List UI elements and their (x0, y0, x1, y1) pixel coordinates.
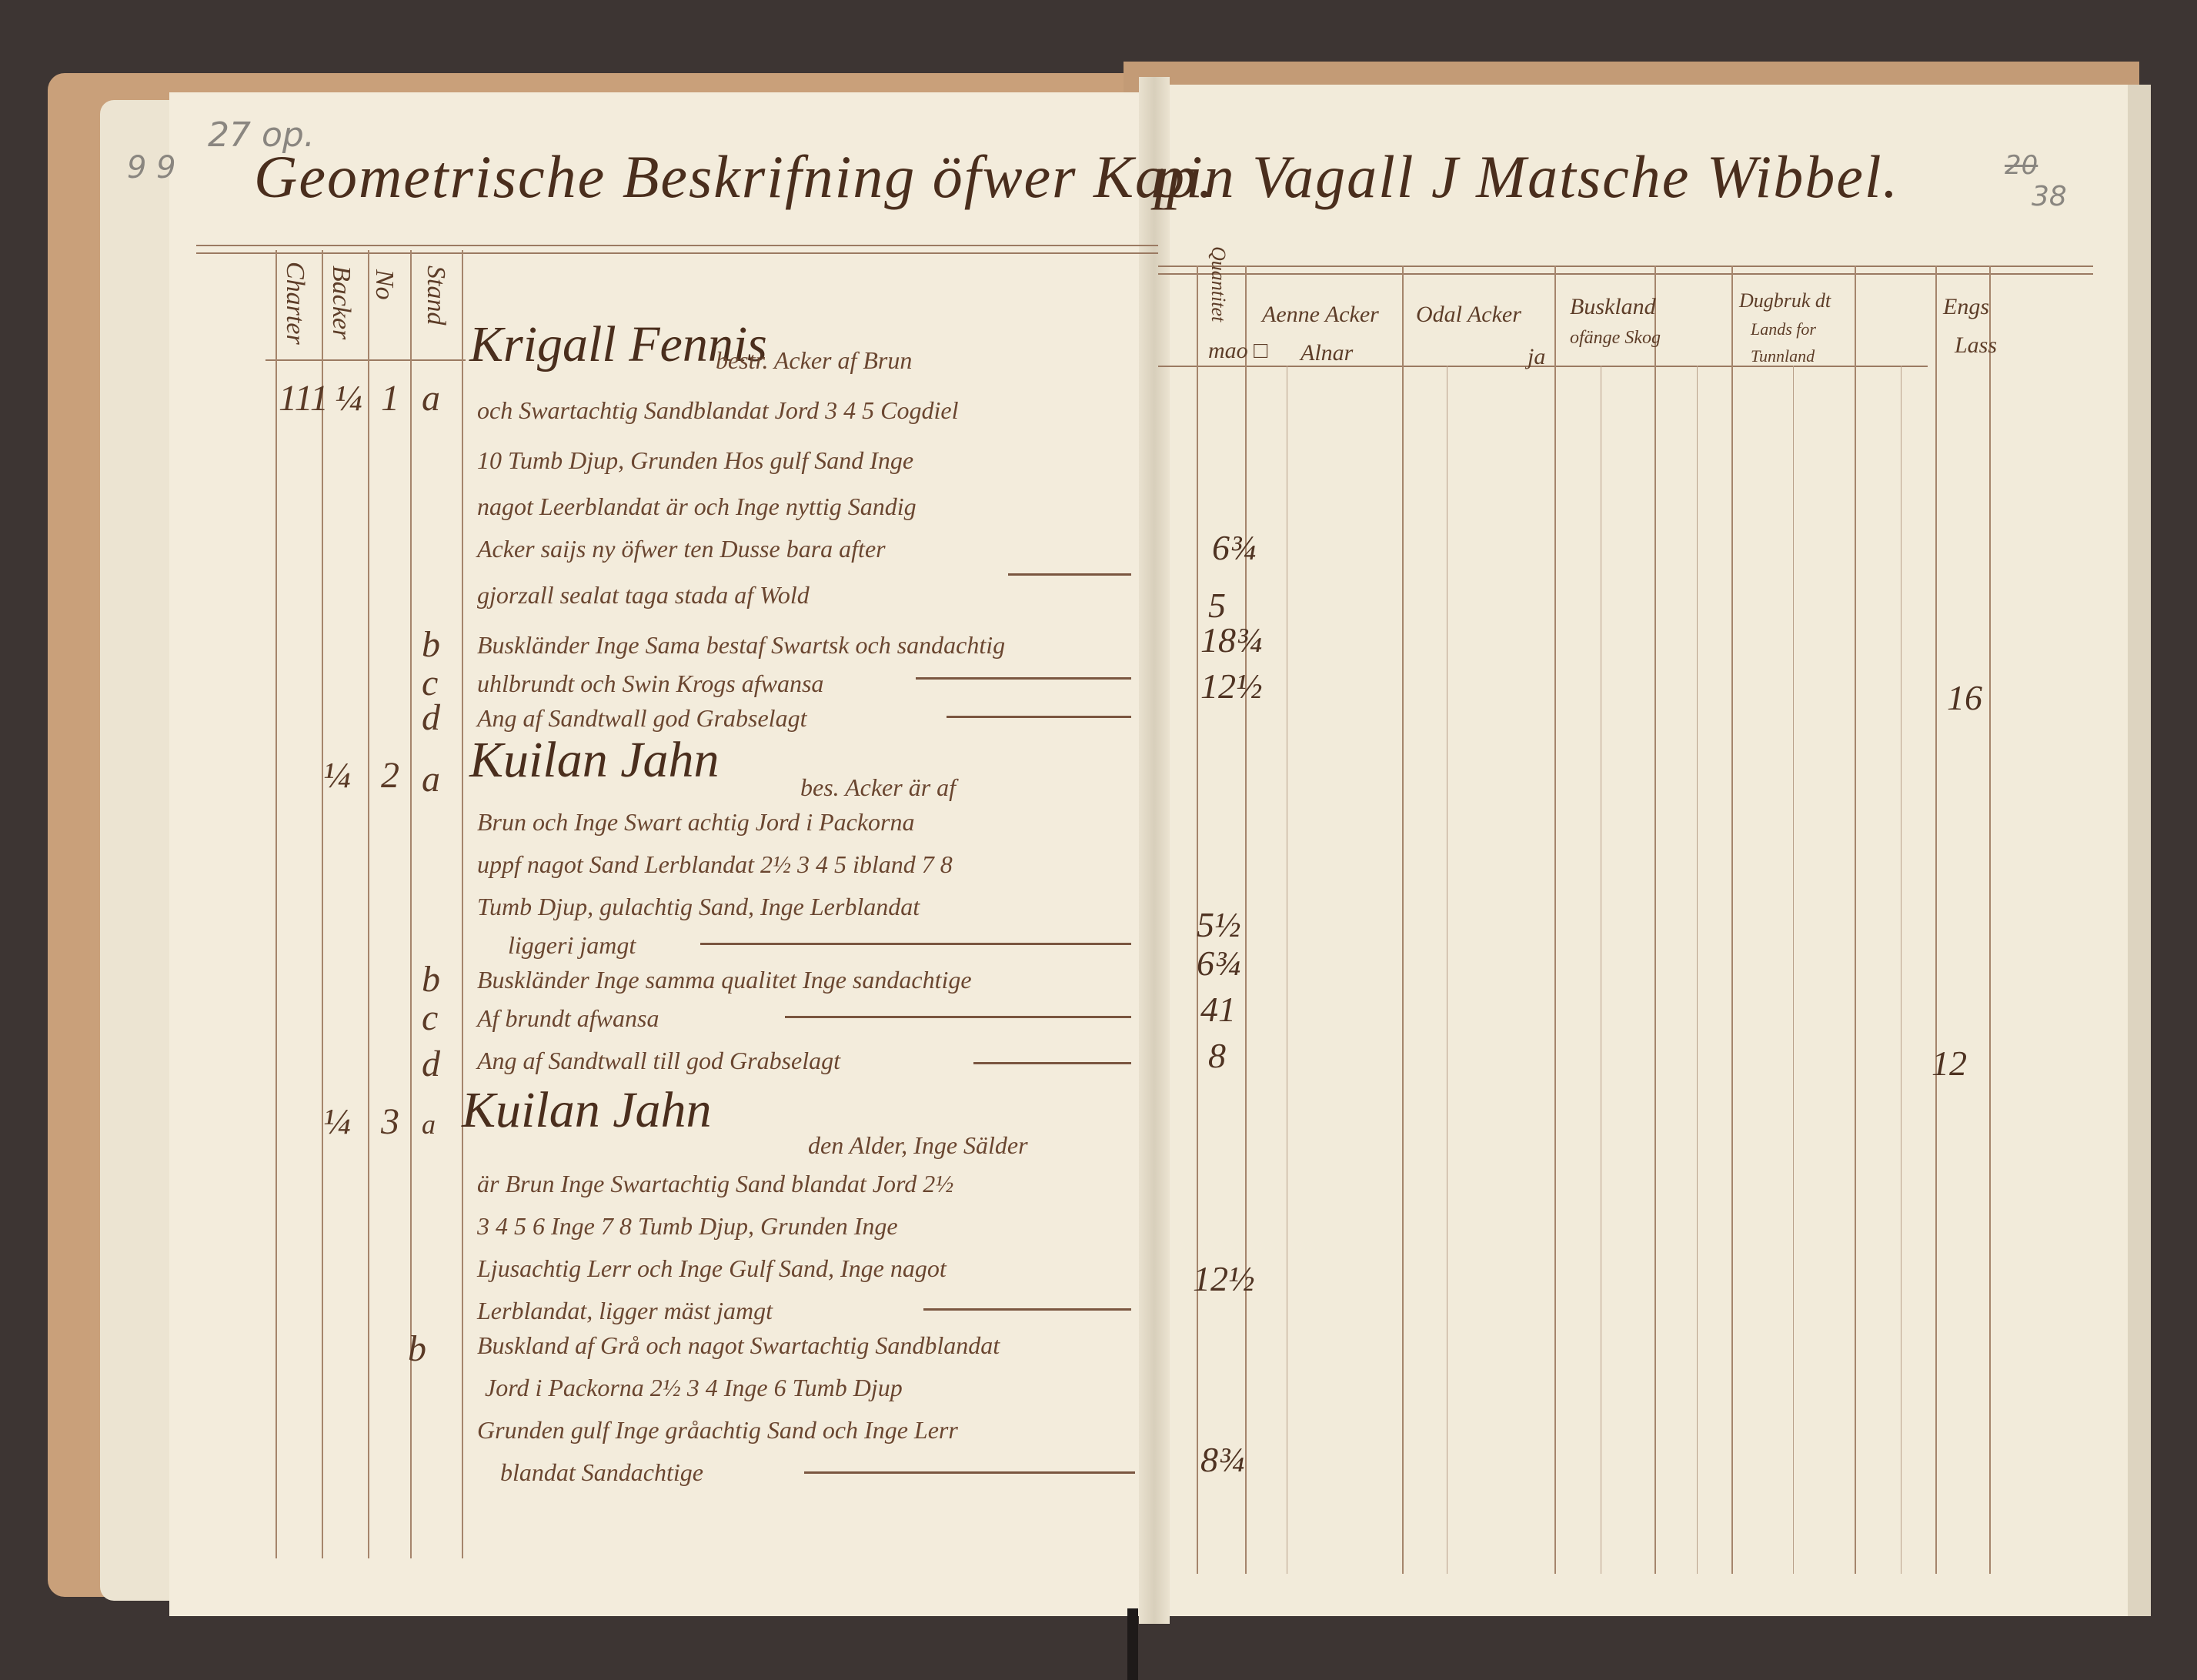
col-rule (1245, 266, 1247, 1574)
entry-name: Kuilan Jahn (469, 731, 720, 790)
col-rule (1855, 266, 1856, 1574)
area-value: 5½ (1197, 904, 1241, 945)
entry-stand: b (422, 958, 440, 1000)
col-rule (1601, 366, 1601, 1574)
entry-text-line: nagot Leerblandat är och Inge nyttig San… (477, 493, 917, 521)
entry-text-line: Ang af Sandtwall god Grabselagt (477, 704, 806, 733)
entry-text-line: Tumb Djup, gulachtig Sand, Inge Lerbland… (477, 893, 920, 921)
fill-dash (947, 716, 1131, 718)
entry-text-line: den Alder, Inge Sälder (808, 1131, 1028, 1160)
entry-charter: 111 (279, 377, 329, 419)
col-rule (368, 250, 369, 1558)
area-value: 18¾ (1200, 620, 1263, 660)
fill-dash (785, 1016, 1131, 1018)
book-spine (1127, 1608, 1138, 1680)
entry-text-line: är Brun Inge Swartachtig Sand blandat Jo… (477, 1170, 953, 1198)
ang-value: 16 (1947, 677, 1982, 718)
fill-dash (916, 677, 1131, 680)
entry-text-line: och Swartachtig Sandblandat Jord 3 4 5 C… (477, 396, 958, 425)
header-rule-top-right-2 (1158, 273, 2093, 275)
area-value: 41 (1200, 989, 1236, 1030)
col-header-odal: Odal Acker (1416, 296, 1521, 333)
entry-text-line: Buskländer Inge samma qualitet Inge sand… (477, 966, 972, 994)
col-rule (1901, 366, 1902, 1574)
fill-dash (973, 1062, 1131, 1064)
entry-backer: ¼ (323, 754, 351, 797)
entry-text-line: Ang af Sandtwall till god Grabselagt (477, 1047, 840, 1075)
area-value: 6¾ (1197, 943, 1241, 984)
col-header-odal-unit: ja (1528, 339, 1545, 376)
col-rule (1554, 266, 1556, 1574)
page-title-left: Geometrische Beskrifning öfwer Kap. (254, 142, 1215, 212)
entry-text-line: Acker saijs ny öfwer ten Dusse bara afte… (477, 535, 886, 563)
entry-text-line: Buskländer Inge Sama bestaf Swartsk och … (477, 631, 1005, 660)
col-rule (1731, 266, 1733, 1574)
col-rule (1447, 366, 1447, 1574)
header-rule-top-left (196, 245, 1158, 246)
header-rule-bottom-left (265, 359, 466, 361)
col-header-area-unit: mao □ (1208, 332, 1267, 369)
header-rule-top-right (1158, 266, 2093, 267)
col-header-aker-unit: Alnar (1301, 335, 1353, 372)
entry-text-line: bes. Acker är af (800, 773, 956, 802)
entry-text-line: Grunden gulf Inge gråachtig Sand och Ing… (477, 1416, 958, 1445)
entry-text-line: Lerblandat, ligger mäst jamgt (477, 1297, 773, 1325)
entry-text-line: 3 4 5 6 Inge 7 8 Tumb Djup, Grunden Inge (477, 1212, 898, 1241)
entry-no: 2 (381, 754, 399, 797)
entry-text-line: Buskland af Grå och nagot Swartachtig Sa… (477, 1331, 1000, 1360)
col-rule (275, 250, 277, 1558)
col-header-stand: Stand (421, 266, 450, 325)
col-header-charter: Charter (280, 262, 309, 345)
area-value: 12½ (1193, 1258, 1255, 1299)
entry-stand: a (422, 1108, 436, 1141)
col-header-backer: Backer (326, 266, 356, 339)
col-header-hagmark-sub: Lands for Tunnland (1751, 316, 1866, 369)
entry-text-line: 10 Tumb Djup, Grunden Hos gulf Sand Inge (477, 446, 913, 475)
entry-text-line: Af brundt afwansa (477, 1004, 659, 1033)
col-rule (462, 250, 463, 1558)
book-gutter (1139, 77, 1170, 1624)
entry-no: 3 (381, 1101, 399, 1143)
area-value: 8 (1208, 1035, 1226, 1076)
col-header-buskland-sub: ofänge Skog (1570, 323, 1661, 352)
col-header-no: No (369, 269, 399, 300)
entry-text-line: Brun och Inge Swart achtig Jord i Packor… (477, 808, 915, 837)
entry-text-line: Jord i Packorna 2½ 3 4 Inge 6 Tumb Djup (485, 1374, 903, 1402)
entry-backer: ¼ (323, 1101, 351, 1143)
pencil-folio-crossed: 20 (2005, 150, 2038, 181)
page-title-right: pin Vagall J Matsche Wibbel. (1154, 142, 1899, 212)
entry-stand: b (422, 623, 440, 666)
fill-dash (700, 943, 1131, 945)
fill-dash (804, 1471, 1135, 1474)
entry-backer: ¼ (335, 377, 362, 419)
entry-stand: b (408, 1328, 426, 1370)
ang-value: 12 (1932, 1043, 1967, 1084)
col-rule (1654, 266, 1656, 1574)
entry-stand: a (422, 377, 440, 419)
entry-stand: d (422, 1043, 440, 1085)
header-rule-top-left-2 (196, 252, 1158, 254)
col-rule (1935, 266, 1937, 1574)
col-rule (322, 250, 323, 1558)
col-rule (1989, 266, 1991, 1574)
col-rule (1697, 366, 1698, 1574)
col-header-buskland: Buskland (1570, 289, 1656, 326)
col-header-ang: Engs (1943, 289, 1989, 326)
pencil-folio-right: 38 (2032, 181, 2067, 212)
col-header-aker: Aenne Acker (1262, 296, 1379, 333)
entry-no: 1 (381, 377, 399, 419)
entry-stand: d (422, 696, 440, 739)
col-rule (1793, 366, 1794, 1574)
area-value: 8¾ (1200, 1439, 1245, 1480)
entry-name: Kuilan Jahn (462, 1081, 712, 1140)
pencil-mark-outer: 9 9 (127, 150, 176, 185)
entry-text-line: liggeri jamgt (508, 931, 636, 960)
fill-dash (1008, 573, 1131, 576)
entry-text-line: uppf nagot Sand Lerblandat 2½ 3 4 5 ibla… (477, 850, 953, 879)
entry-text-line: uhlbrundt och Swin Krogs afwansa (477, 670, 823, 698)
entry-text-line: blandat Sandachtige (500, 1458, 703, 1487)
col-rule (1287, 366, 1287, 1574)
entry-text-line: bestr. Acker af Brun (716, 346, 912, 375)
entry-stand: c (422, 997, 438, 1039)
entry-text-line: Ljusachtig Lerr och Inge Gulf Sand, Inge… (477, 1254, 947, 1283)
entry-text-line: gjorzall sealat taga stada af Wold (477, 581, 810, 610)
col-rule (1402, 266, 1404, 1574)
col-header-ang-unit: Lass (1955, 327, 1997, 364)
col-header-hagmark: Dugbruk dt (1739, 285, 1831, 317)
col-header-area: Quantitet (1207, 246, 1230, 322)
fill-dash (923, 1308, 1131, 1311)
entry-stand: a (422, 758, 440, 800)
area-value: 12½ (1200, 666, 1263, 706)
area-value: 6¾ (1212, 527, 1257, 568)
